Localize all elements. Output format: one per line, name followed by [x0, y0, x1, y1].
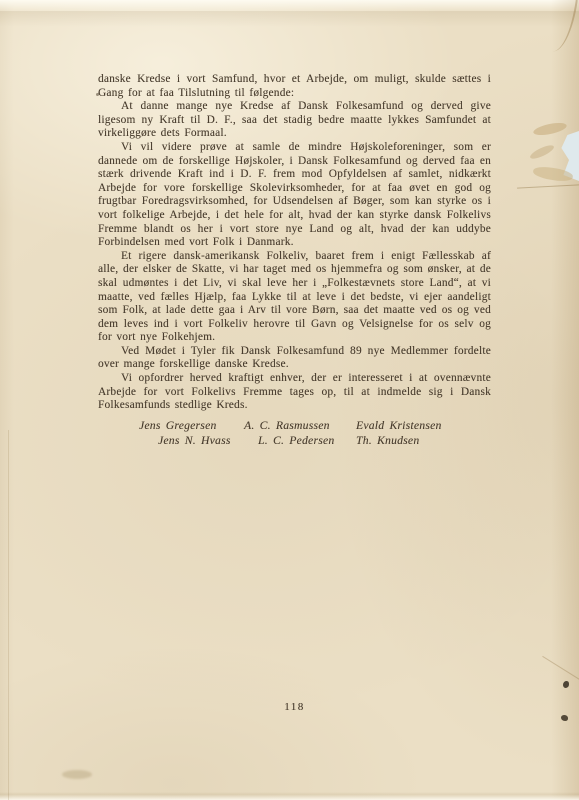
paragraph: danske Kredse i vort Samfund, hvor et Ar…	[98, 73, 491, 100]
signature-name: Jens Gregersen	[139, 418, 244, 433]
paragraph: At danne mange nye Kredse af Dansk Folke…	[98, 100, 491, 141]
paragraph: Ved Mødet i Tyler fik Dansk Folkesamfund…	[98, 345, 491, 372]
scanned-book-page: danske Kredse i vort Samfund, hvor et Ar…	[0, 0, 579, 800]
page-right-edge-shading	[551, 0, 579, 800]
signature-name: A. C. Rasmussen	[244, 418, 356, 433]
signatures: Jens Gregersen A. C. Rasmussen Evald Kri…	[98, 418, 491, 448]
signature-name: Th. Knudsen	[356, 433, 419, 448]
scan-top-shadow	[0, 11, 579, 27]
paper-smudge	[62, 770, 92, 779]
paragraph: Et rigere dansk-amerikansk Folkeliv, baa…	[98, 250, 491, 345]
body-text: danske Kredse i vort Samfund, hvor et Ar…	[98, 73, 491, 448]
signature-name: Jens N. Hvass	[158, 433, 258, 448]
scan-bottom-edge	[0, 792, 579, 800]
signature-name: Evald Kristensen	[356, 418, 442, 433]
paragraph: Vi vil videre prøve at samle de mindre H…	[98, 141, 491, 250]
page-left-edge-line	[8, 430, 9, 800]
signature-row: Jens Gregersen A. C. Rasmussen Evald Kri…	[98, 418, 491, 433]
page-number: 118	[98, 701, 491, 713]
ink-speck	[561, 715, 568, 721]
signature-row: Jens N. Hvass L. C. Pedersen Th. Knudsen	[98, 433, 491, 448]
paragraph: Vi opfordrer herved kraftigt enhver, der…	[98, 372, 491, 413]
signature-name: L. C. Pedersen	[258, 433, 356, 448]
